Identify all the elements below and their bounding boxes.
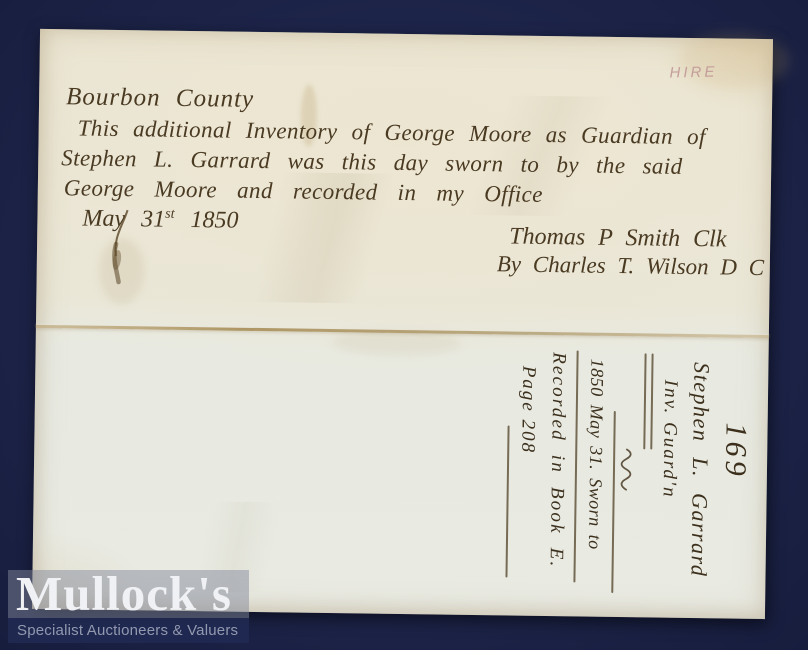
fold-crease — [36, 325, 769, 338]
docket-rule — [505, 425, 509, 577]
document-paper: HIRE Bourbon County This additional Inve… — [32, 29, 773, 619]
date-year: 1850 — [174, 207, 238, 234]
docket-rule — [611, 411, 616, 593]
docket-page-line: Page 208 — [511, 348, 544, 618]
hire-annotation: HIRE — [669, 64, 717, 82]
auction-watermark: Mullock's Specialist Auctioneers & Value… — [8, 570, 249, 643]
auction-house-logo: Mullock's — [8, 570, 232, 618]
watermark-strip: Specialist Auctioneers & Valuers — [8, 618, 249, 643]
pen-flourish — [94, 202, 149, 299]
docket-rule — [573, 350, 578, 582]
date-suffix: st — [165, 207, 175, 222]
docket-title: Inv. Guard'n — [653, 350, 686, 620]
docket-sworn-line: 1850 May 31. Sworn to — [579, 349, 612, 619]
docket-block: 169 Stephen L. Garrard Inv. Guard'n 1850… — [501, 347, 755, 620]
watermark-band: Mullock's — [8, 570, 249, 618]
county-heading: Bourbon County — [66, 83, 254, 114]
squiggle-flourish — [620, 447, 639, 493]
docket-recorded-line: Recorded in Book E. — [540, 348, 574, 618]
docket-lot-number: 169 — [715, 350, 755, 620]
docket-double-rule — [643, 353, 653, 449]
clerk-signature: Thomas P Smith Clk — [509, 223, 727, 253]
manuscript-line: Stephen L. Garrard was this day sworn to… — [61, 145, 683, 180]
docket-name: Stephen L. Garrard — [682, 350, 719, 620]
photo-background: HIRE Bourbon County This additional Inve… — [0, 0, 808, 650]
deputy-signature: By Charles T. Wilson D C — [497, 251, 765, 281]
manuscript-line: This additional Inventory of George Moor… — [78, 115, 706, 150]
auction-house-tagline: Specialist Auctioneers & Valuers — [8, 622, 238, 639]
